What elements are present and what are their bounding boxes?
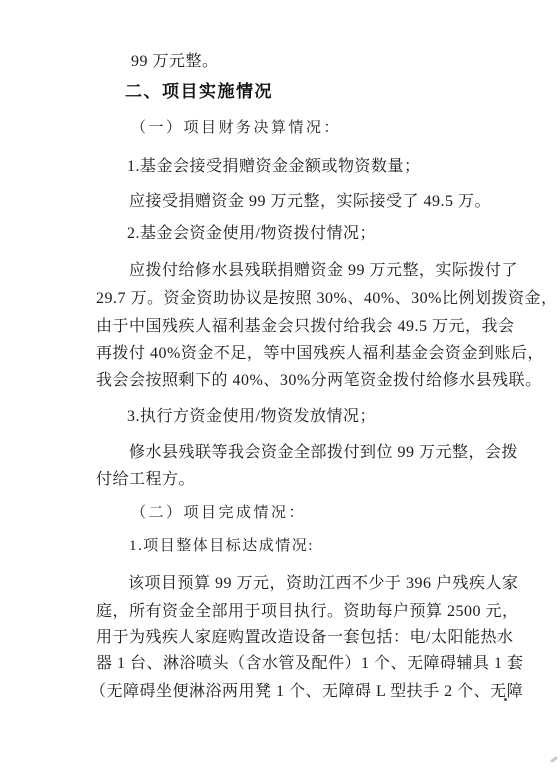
paragraph-line: 应拨付给修水县残联捐赠资金 99 万元整，实际拨付了 — [129, 261, 518, 280]
paragraph-line: （无障碍坐便淋浴两用凳 1 个、无障碍 L 型扶手 2 个、无障 — [90, 682, 523, 701]
document-page: 99 万元整。 二、项目实施情况 （一）项目财务决算情况： 1.基金会接受捐赠资… — [0, 0, 560, 772]
ink-dot-artifact — [504, 698, 507, 701]
numbered-item-3: 3.执行方资金使用/物资发放情况； — [127, 407, 376, 426]
paragraph-line: 付给工程方。 — [96, 470, 195, 489]
paragraph-continuation-line: 99 万元整。 — [131, 52, 219, 71]
paragraph-line: 器 1 台、淋浴喷头（含水管及配件）1 个、无障碍辅具 1 套 — [96, 654, 524, 673]
subsection-heading-1: （一）项目财务决算情况： — [131, 119, 341, 138]
paragraph-line: 应接受捐赠资金 99 万元整，实际接受了 49.5 万。 — [129, 192, 491, 211]
numbered-item-1: 1.基金会接受捐赠资金金额或物资数量； — [127, 157, 421, 176]
section-heading: 二、项目实施情况 — [125, 82, 273, 101]
numbered-item-2: 2.基金会资金使用/物资拨付情况； — [127, 224, 376, 243]
paragraph-line: 修水县残联等我会资金全部拨付到位 99 万元整，会拨 — [129, 443, 518, 462]
subsection-heading-2: （二）项目完成情况： — [131, 504, 306, 523]
paragraph-line: 庭，所有资金全部用于项目执行。资助每户预算 2500 元， — [96, 602, 519, 621]
numbered-item-goal: 1.项目整体目标达成情况: — [129, 537, 314, 556]
paragraph-line: 我会会按照剩下的 40%、30%分两笔资金拨付给修水县残联。 — [96, 371, 542, 390]
corner-smudge-artifact — [550, 756, 558, 763]
paragraph-line: 由于中国残疾人福利基金会只拨付给我会 49.5 万元，我会 — [96, 317, 515, 336]
paragraph-line: 再拨付 40%资金不足，等中国残疾人福利基金会资金到账后， — [96, 344, 544, 363]
paragraph-line: 用于为残疾人家庭购置改造设备一套包括：电/太阳能热水 — [96, 628, 513, 647]
paragraph-line: 该项目预算 99 万元，资助江西不少于 396 户残疾人家 — [128, 574, 519, 593]
paragraph-line: 29.7 万。资金资助协议是按照 30%、40%、30%比例划拨资金， — [96, 289, 558, 308]
